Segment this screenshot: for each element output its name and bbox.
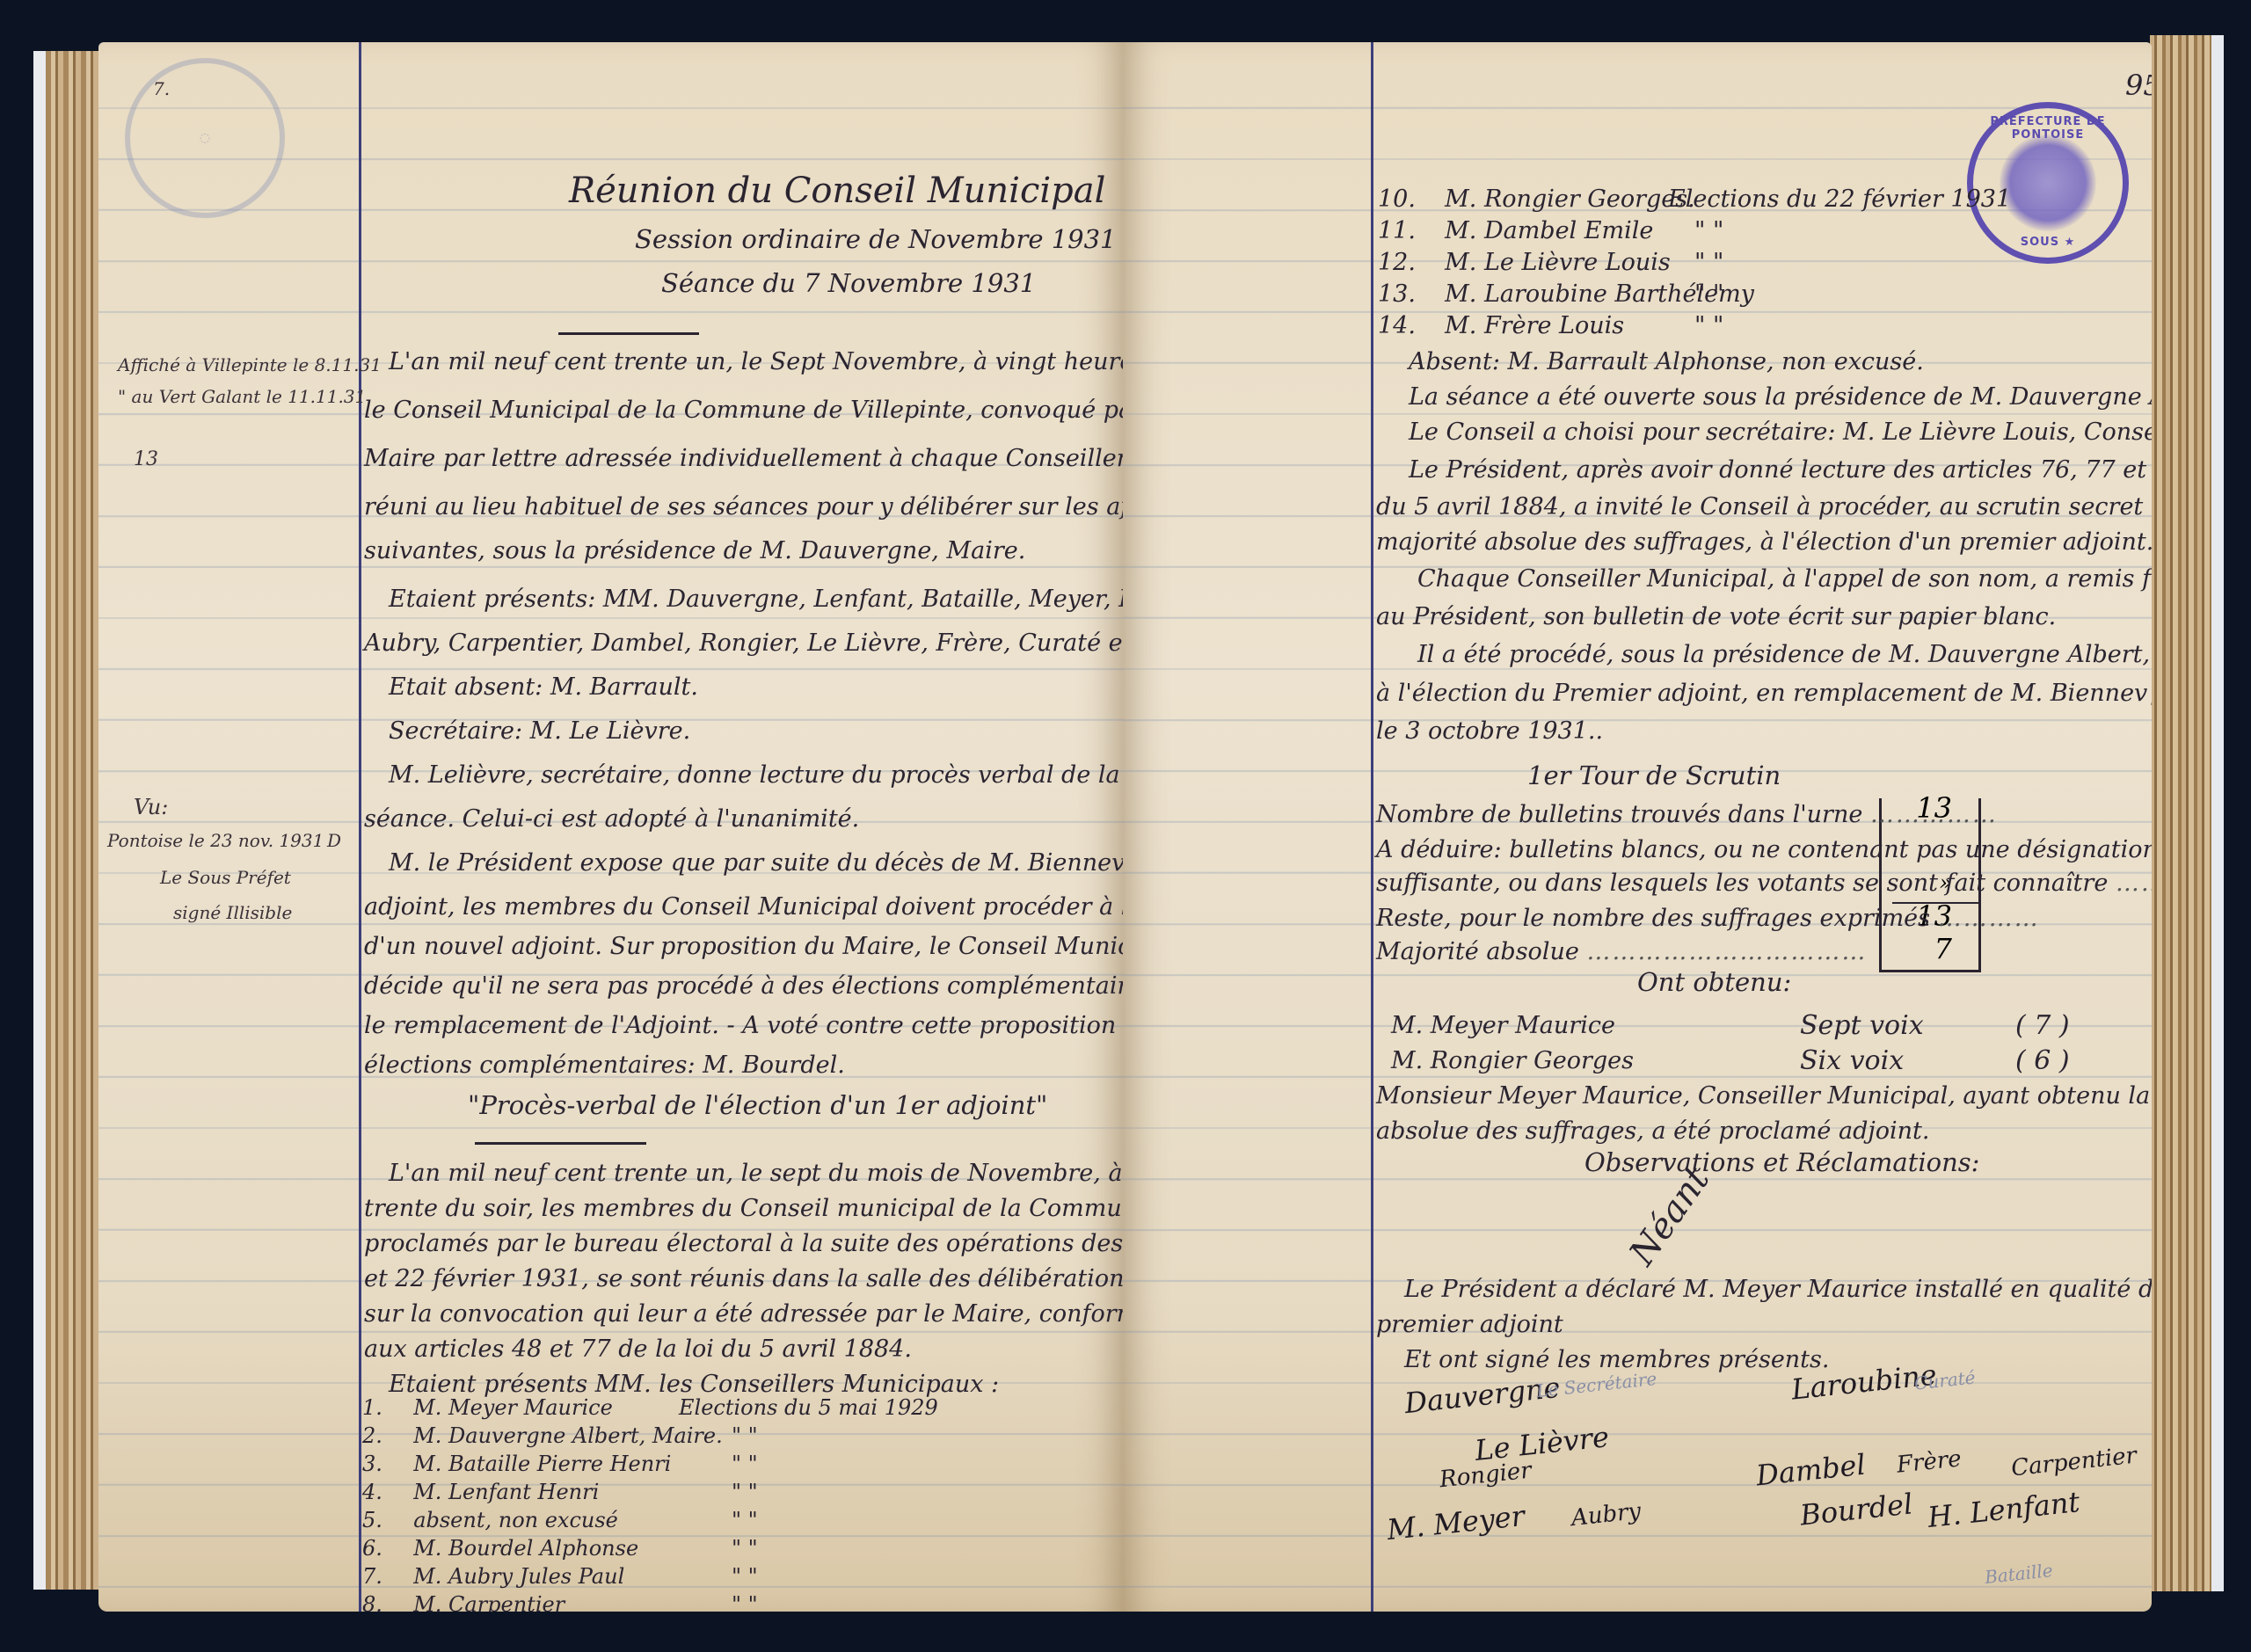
margin-rule [359, 42, 361, 1612]
member-number: 14. [1378, 312, 1416, 339]
member-row: 1. M. Meyer Maurice Elections du 5 mai 1… [362, 1394, 613, 1421]
member-election: " " [732, 1507, 758, 1533]
present-count: 13 [134, 447, 158, 473]
member-name: M. Carpentier [413, 1592, 565, 1612]
posting-note-2: " au Vert Galant le 11.11.31 [118, 383, 366, 410]
member-election: " " [732, 1451, 758, 1477]
visa-signed: signé Illisible [173, 899, 292, 926]
member-row: 2. M. Dauvergne Albert, Maire. " " [362, 1423, 723, 1449]
member-row: 4. M. Lenfant Henri " " [362, 1479, 599, 1505]
text-line: Maire par lettre adressée individuelleme… [364, 433, 1123, 484]
member-row: 3. M. Bataille Pierre Henri " " [362, 1451, 671, 1477]
member-name: M. Frère Louis [1445, 312, 1624, 339]
member-number: 8. [362, 1592, 382, 1612]
member-election: " " [732, 1591, 758, 1612]
right-page: 95 PREFECTURE DE PONTOISE SOUS ★ 10. M. … [1123, 42, 2152, 1612]
member-name: M. Aubry Jules Paul [413, 1564, 624, 1589]
pv-divider [475, 1142, 646, 1145]
member-name: absent, non excusé [413, 1508, 618, 1532]
page-title: Réunion du Conseil Municipal [569, 165, 1105, 216]
member-number: 2. [362, 1423, 382, 1448]
member-number: 6. [362, 1536, 382, 1561]
member-name: M. Bourdel Alphonse [413, 1536, 638, 1561]
page-number: 95 [2125, 60, 2152, 111]
member-number: 3. [362, 1452, 382, 1476]
member-election: Elections du 5 mai 1929 [679, 1394, 938, 1421]
member-name: M. Dauvergne Albert, Maire. [413, 1423, 723, 1448]
text-line: suivantes, sous la présidence de M. Dauv… [364, 526, 1025, 577]
results-heading: Ont obtenu: [1637, 957, 1791, 1008]
pv-heading: "Procès-verbal de l'élection d'un 1er ad… [468, 1080, 1047, 1131]
heading-divider [558, 332, 699, 335]
seance-subtitle: Séance du 7 Novembre 1931 [661, 258, 1036, 309]
text-line: L'an mil neuf cent trente un, le Sept No… [389, 337, 1123, 388]
member-number: 5. [362, 1508, 382, 1532]
member-name: M. Lenfant Henri [413, 1480, 599, 1504]
member-number: 4. [362, 1480, 382, 1504]
member-number: 1. [362, 1395, 382, 1420]
text-line: le Conseil Municipal de la Commune de Vi… [364, 385, 1123, 436]
member-name: M. Bataille Pierre Henri [413, 1452, 671, 1476]
visa-initial: D [327, 827, 341, 854]
stamp-bottom-text: SOUS ★ [1973, 236, 2123, 249]
visa-label: Vu: [134, 794, 168, 820]
visa-authority: Le Sous Préfet [160, 864, 291, 891]
open-register: ◌ 7. Affiché à Villepinte le 8.11.31 " a… [0, 0, 2251, 1652]
member-row: 6. M. Bourdel Alphonse " " [362, 1535, 638, 1561]
corner-marks: 7. [153, 76, 170, 102]
observations-heading: Observations et Réclamations: [1584, 1137, 1979, 1188]
member-name: M. Meyer Maurice [413, 1395, 613, 1420]
member-election: " " [732, 1535, 758, 1561]
left-page: ◌ 7. Affiché à Villepinte le 8.11.31 " a… [98, 42, 1123, 1612]
member-election: " " [732, 1479, 758, 1505]
visa-place-date: Pontoise le 23 nov. 1931 [107, 827, 324, 854]
member-row: 8. M. Carpentier " " [362, 1591, 565, 1612]
ballot-label: Majorité absolue …………………………… [1376, 927, 1867, 978]
faint-stamp-icon: ◌ [125, 58, 285, 218]
margin-rule [1371, 42, 1373, 1612]
member-number: 7. [362, 1564, 382, 1589]
member-election: " " [732, 1423, 758, 1449]
member-row: 7. M. Aubry Jules Paul " " [362, 1563, 624, 1590]
member-row: 5. absent, non excusé " " [362, 1507, 618, 1533]
stamp-emblem-icon [2000, 135, 2096, 231]
posting-note-1: Affiché à Villepinte le 8.11.31 [118, 352, 382, 378]
right-page-edges [2150, 35, 2224, 1591]
member-election: " " [732, 1563, 758, 1590]
